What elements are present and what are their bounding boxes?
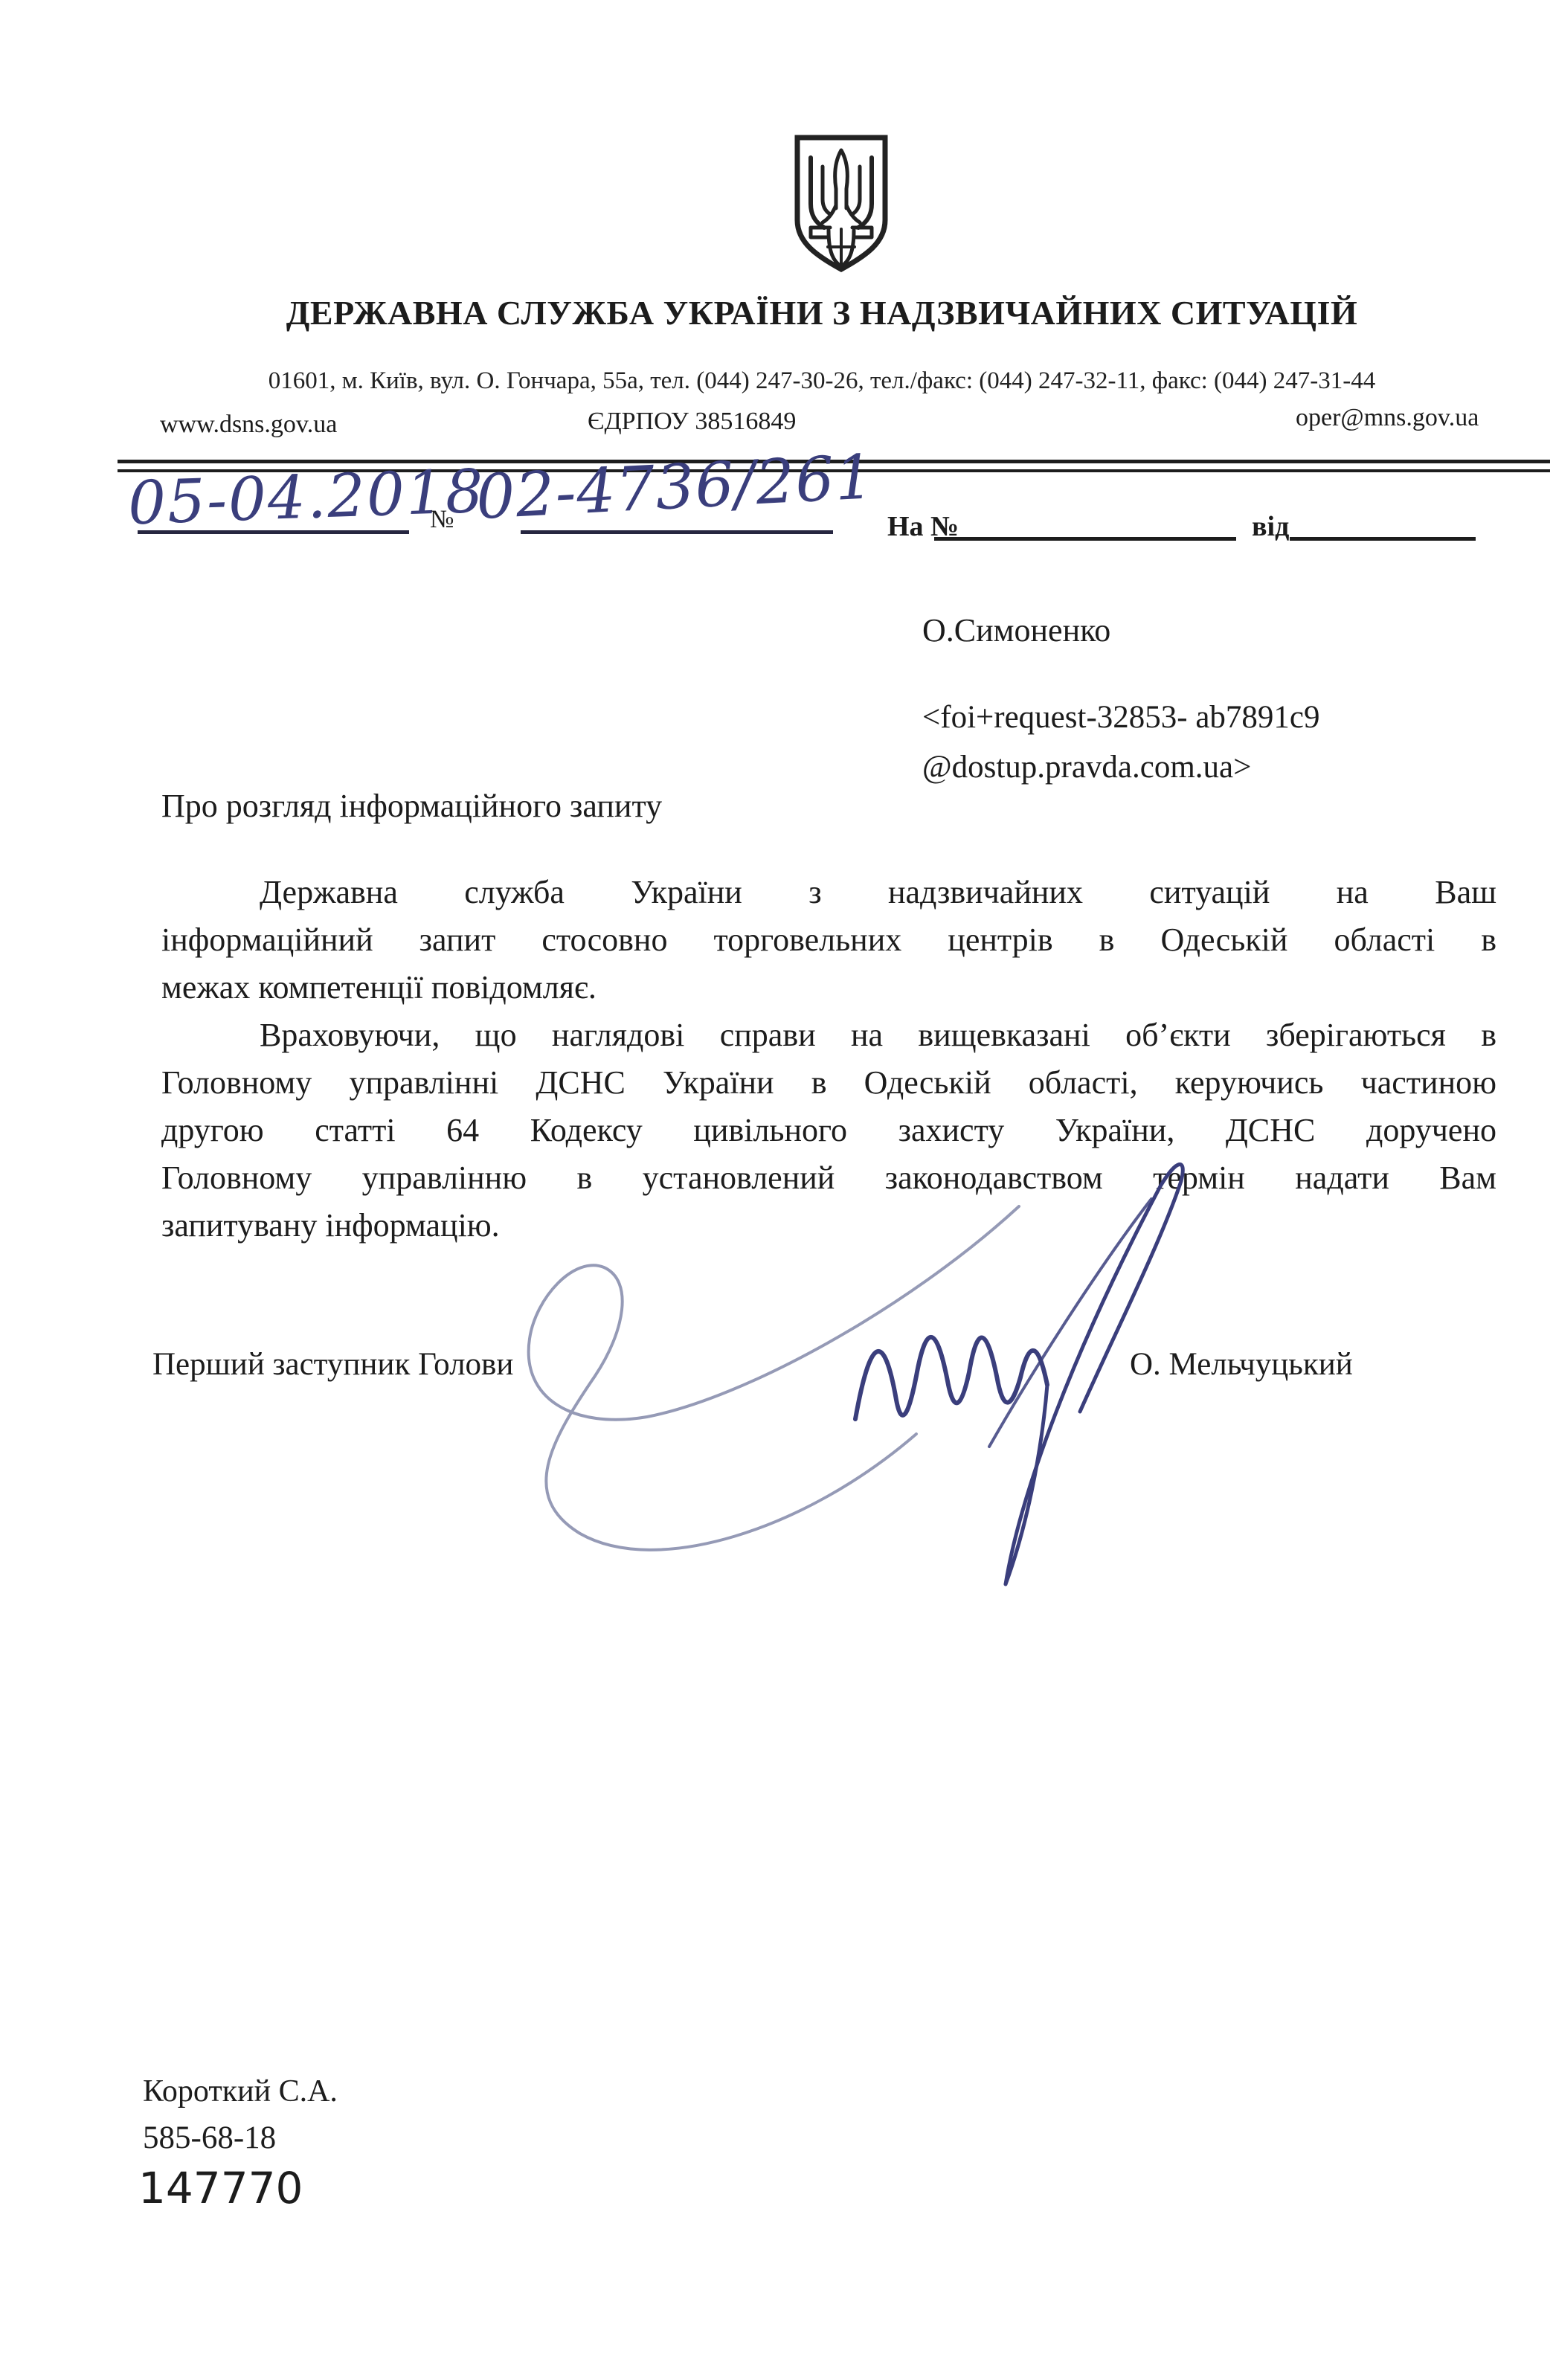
signer-position-title: Перший заступник Голови bbox=[152, 1346, 513, 1383]
recipient-email-line1: <foi+request-32853- ab7891c9 bbox=[922, 699, 1320, 736]
recipient-email-line2: @dostup.pravda.com.ua> bbox=[922, 749, 1251, 785]
body-line: Головному управлінню в установлений зако… bbox=[161, 1154, 1496, 1202]
executor-phone: 585-68-18 bbox=[143, 2120, 276, 2156]
agency-edrpou: ЄДРПОУ 38516849 bbox=[588, 408, 796, 436]
reply-date-label: від bbox=[1252, 510, 1289, 543]
document-number: 147770 bbox=[138, 2163, 303, 2213]
handwritten-outgoing-number: 02-4736/261 bbox=[475, 442, 876, 533]
recipient-name: О.Симоненко bbox=[922, 611, 1110, 649]
ukraine-trident-emblem-icon bbox=[791, 132, 892, 275]
body-line: інформаційний запит стосовно торговельни… bbox=[161, 916, 1496, 964]
body-line: межах компетенції повідомляє. bbox=[161, 964, 1496, 1011]
date-underline bbox=[138, 530, 409, 534]
signer-name: О. Мельчуцький bbox=[1130, 1346, 1353, 1383]
body-line: запитувану інформацію. bbox=[161, 1202, 1496, 1249]
agency-email: oper@mns.gov.ua bbox=[1296, 404, 1479, 432]
executor-name: Короткий С.А. bbox=[143, 2074, 338, 2109]
reply-date-blank bbox=[1290, 537, 1476, 541]
body-line: Державна служба України з надзвичайних с… bbox=[161, 869, 1496, 916]
number-sign: № bbox=[430, 506, 454, 534]
number-underline bbox=[521, 530, 833, 534]
reply-number-blank bbox=[934, 537, 1236, 541]
letter-body: Державна служба України з надзвичайних с… bbox=[161, 869, 1496, 1249]
subject-line: Про розгляд інформаційного запиту bbox=[161, 787, 662, 825]
agency-title: ДЕРЖАВНА СЛУЖБА УКРАЇНИ З НАДЗВИЧАЙНИХ С… bbox=[82, 295, 1553, 332]
agency-website: www.dsns.gov.ua bbox=[160, 411, 337, 439]
body-line: другою статті 64 Кодексу цивільного захи… bbox=[161, 1107, 1496, 1154]
agency-address: 01601, м. Київ, вул. О. Гончара, 55а, те… bbox=[82, 367, 1553, 395]
body-line: Враховуючи, що наглядові справи на вищев… bbox=[161, 1011, 1496, 1059]
body-line: Головному управлінні ДСНС України в Одес… bbox=[161, 1059, 1496, 1107]
scanned-letter-page: ДЕРЖАВНА СЛУЖБА УКРАЇНИ З НАДЗВИЧАЙНИХ С… bbox=[0, 0, 1553, 2380]
